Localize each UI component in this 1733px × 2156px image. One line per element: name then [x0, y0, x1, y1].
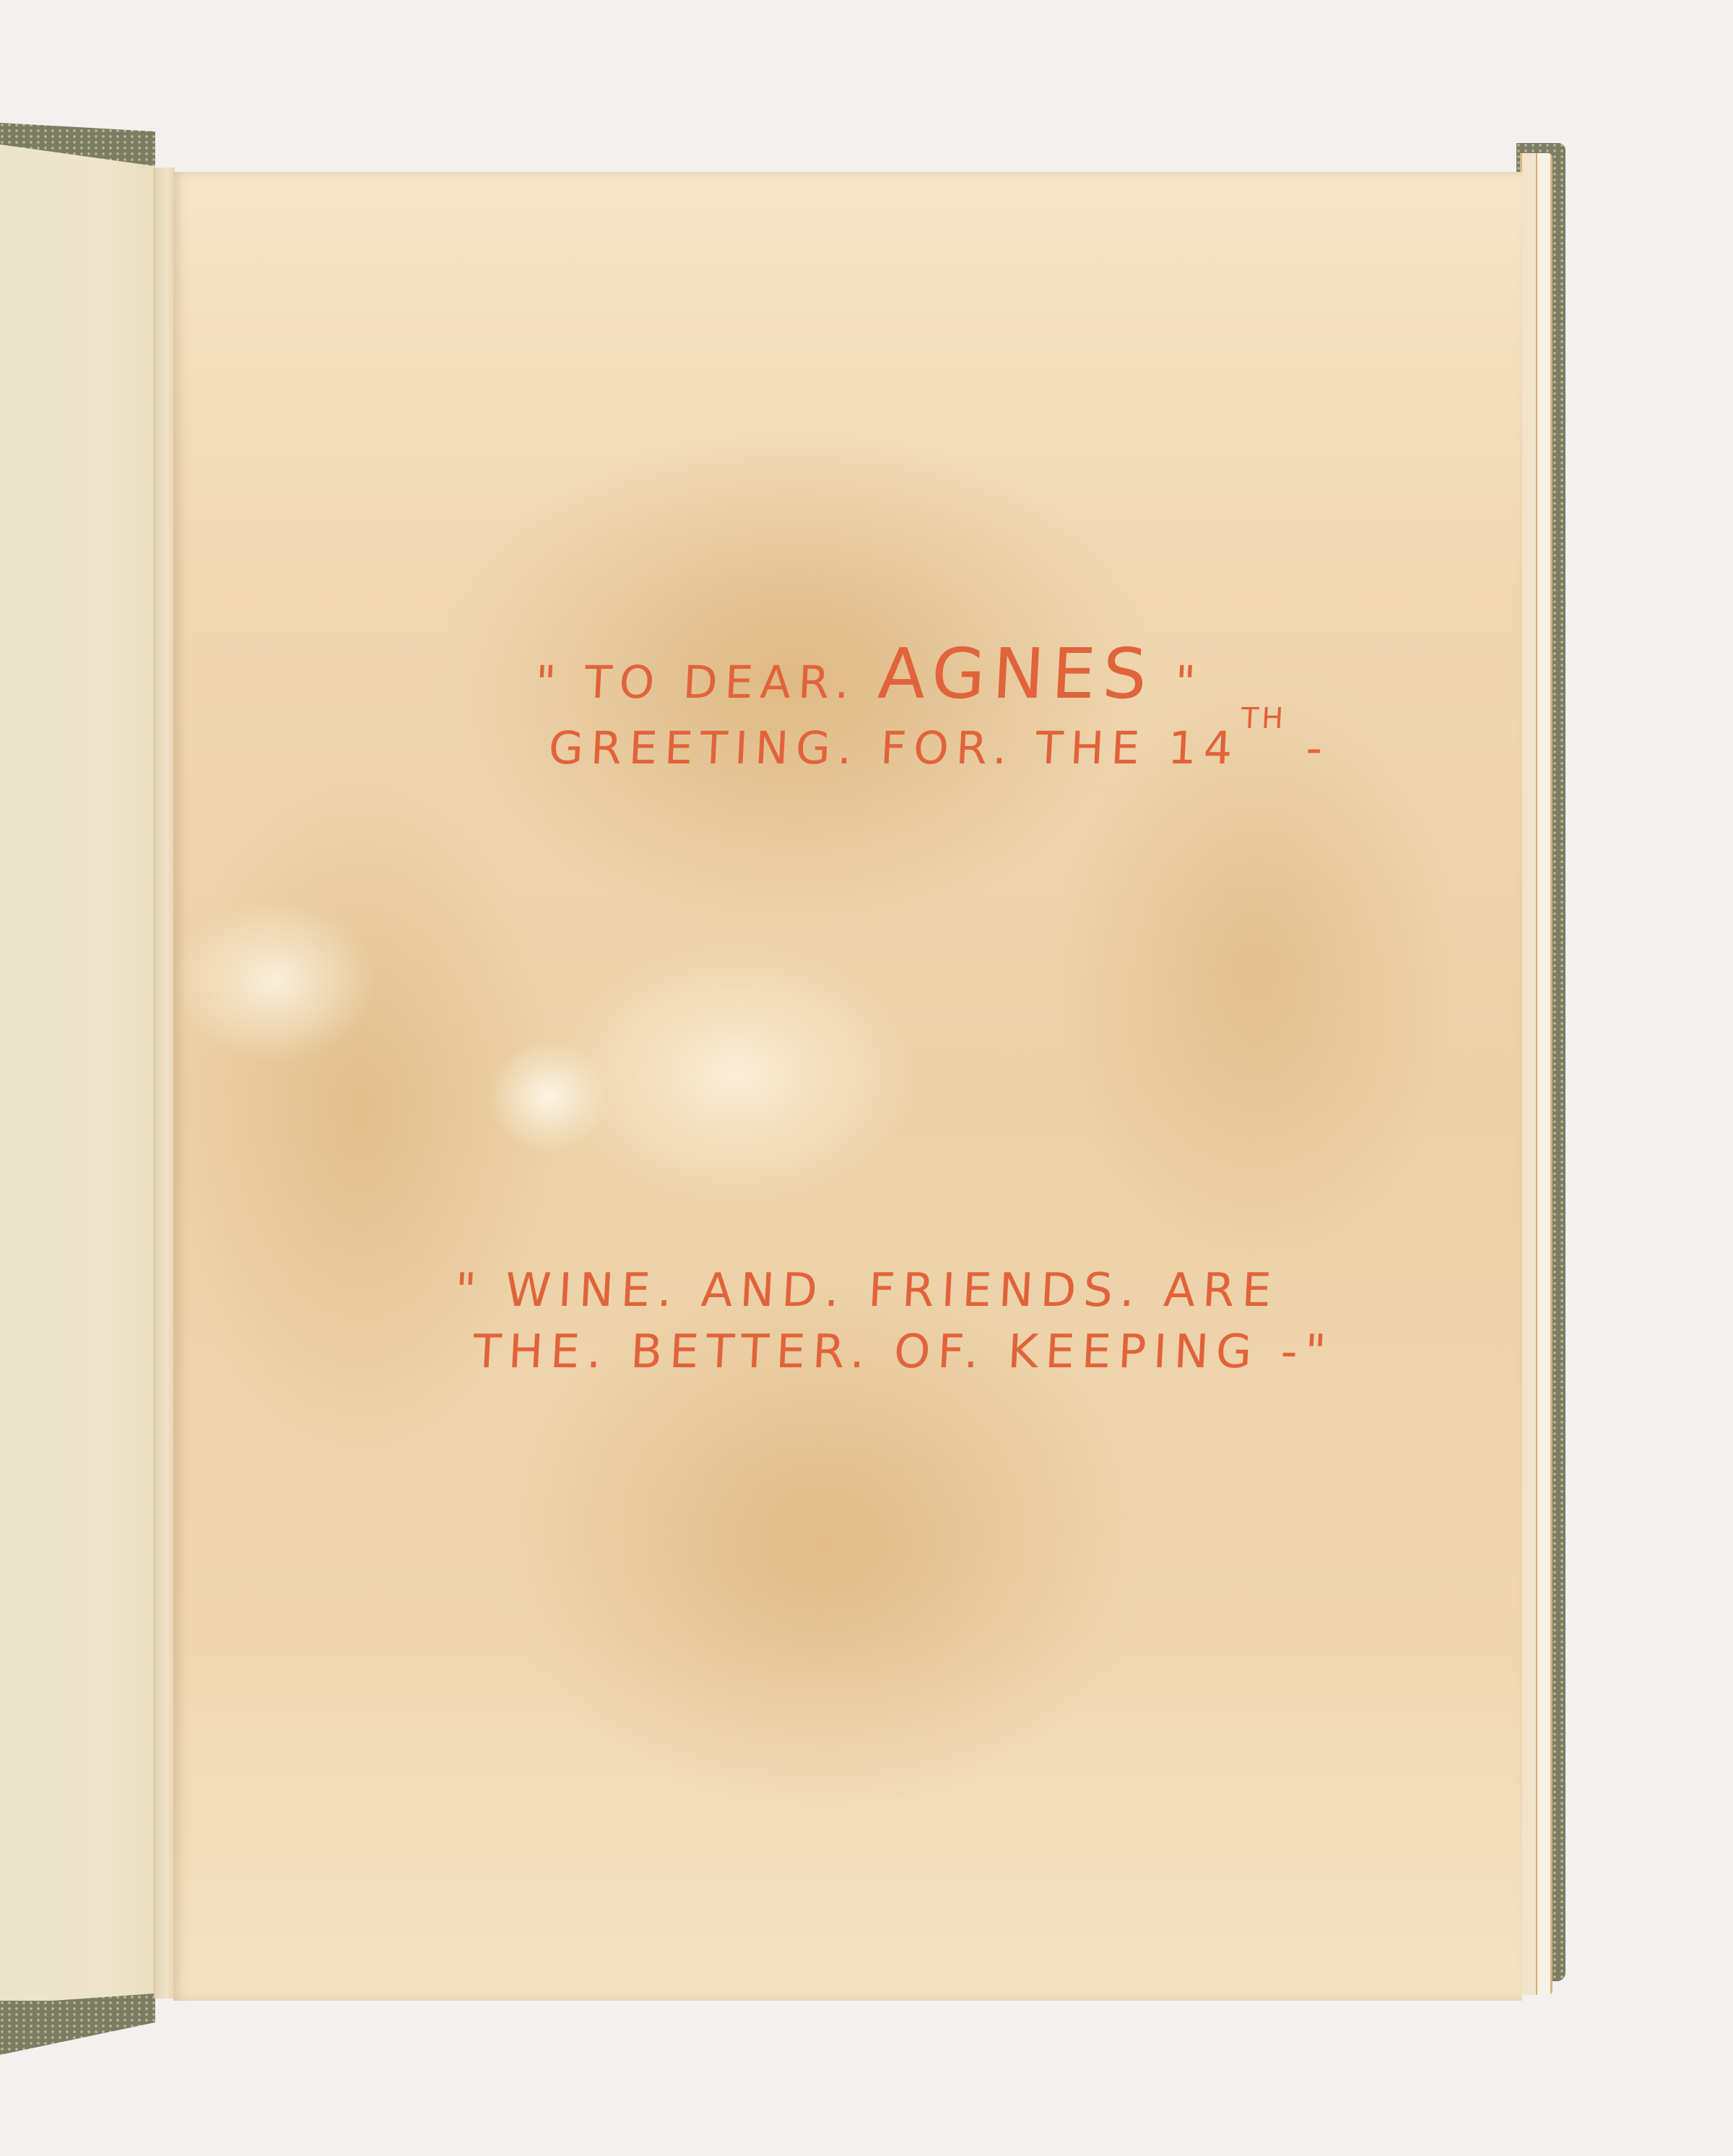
inscription-quote-line-2: the. Better. of. Keeping -"	[472, 1329, 1334, 1375]
inscription-ordinal-suffix: TH	[1240, 702, 1287, 735]
inscription-line-1: " To dear. Agnes "	[534, 639, 1204, 709]
page-edges	[1520, 153, 1552, 1995]
endpaper-page	[173, 172, 1522, 2001]
inscription-greeting: Greeting. for. the 14	[547, 722, 1241, 774]
inscription-quote-line-1: " Wine. and. Friends. are	[453, 1268, 1280, 1314]
inscription-recipient-name: Agnes	[876, 633, 1156, 714]
book-gutter	[154, 168, 175, 1999]
inscription-dash: -	[1283, 722, 1331, 774]
left-pastedown-page	[0, 144, 155, 2001]
inscription-prefix: " To dear.	[534, 656, 879, 709]
inscription-line-2: Greeting. for. the 14TH -	[547, 726, 1330, 771]
inscription-quote-close: "	[1152, 656, 1204, 709]
